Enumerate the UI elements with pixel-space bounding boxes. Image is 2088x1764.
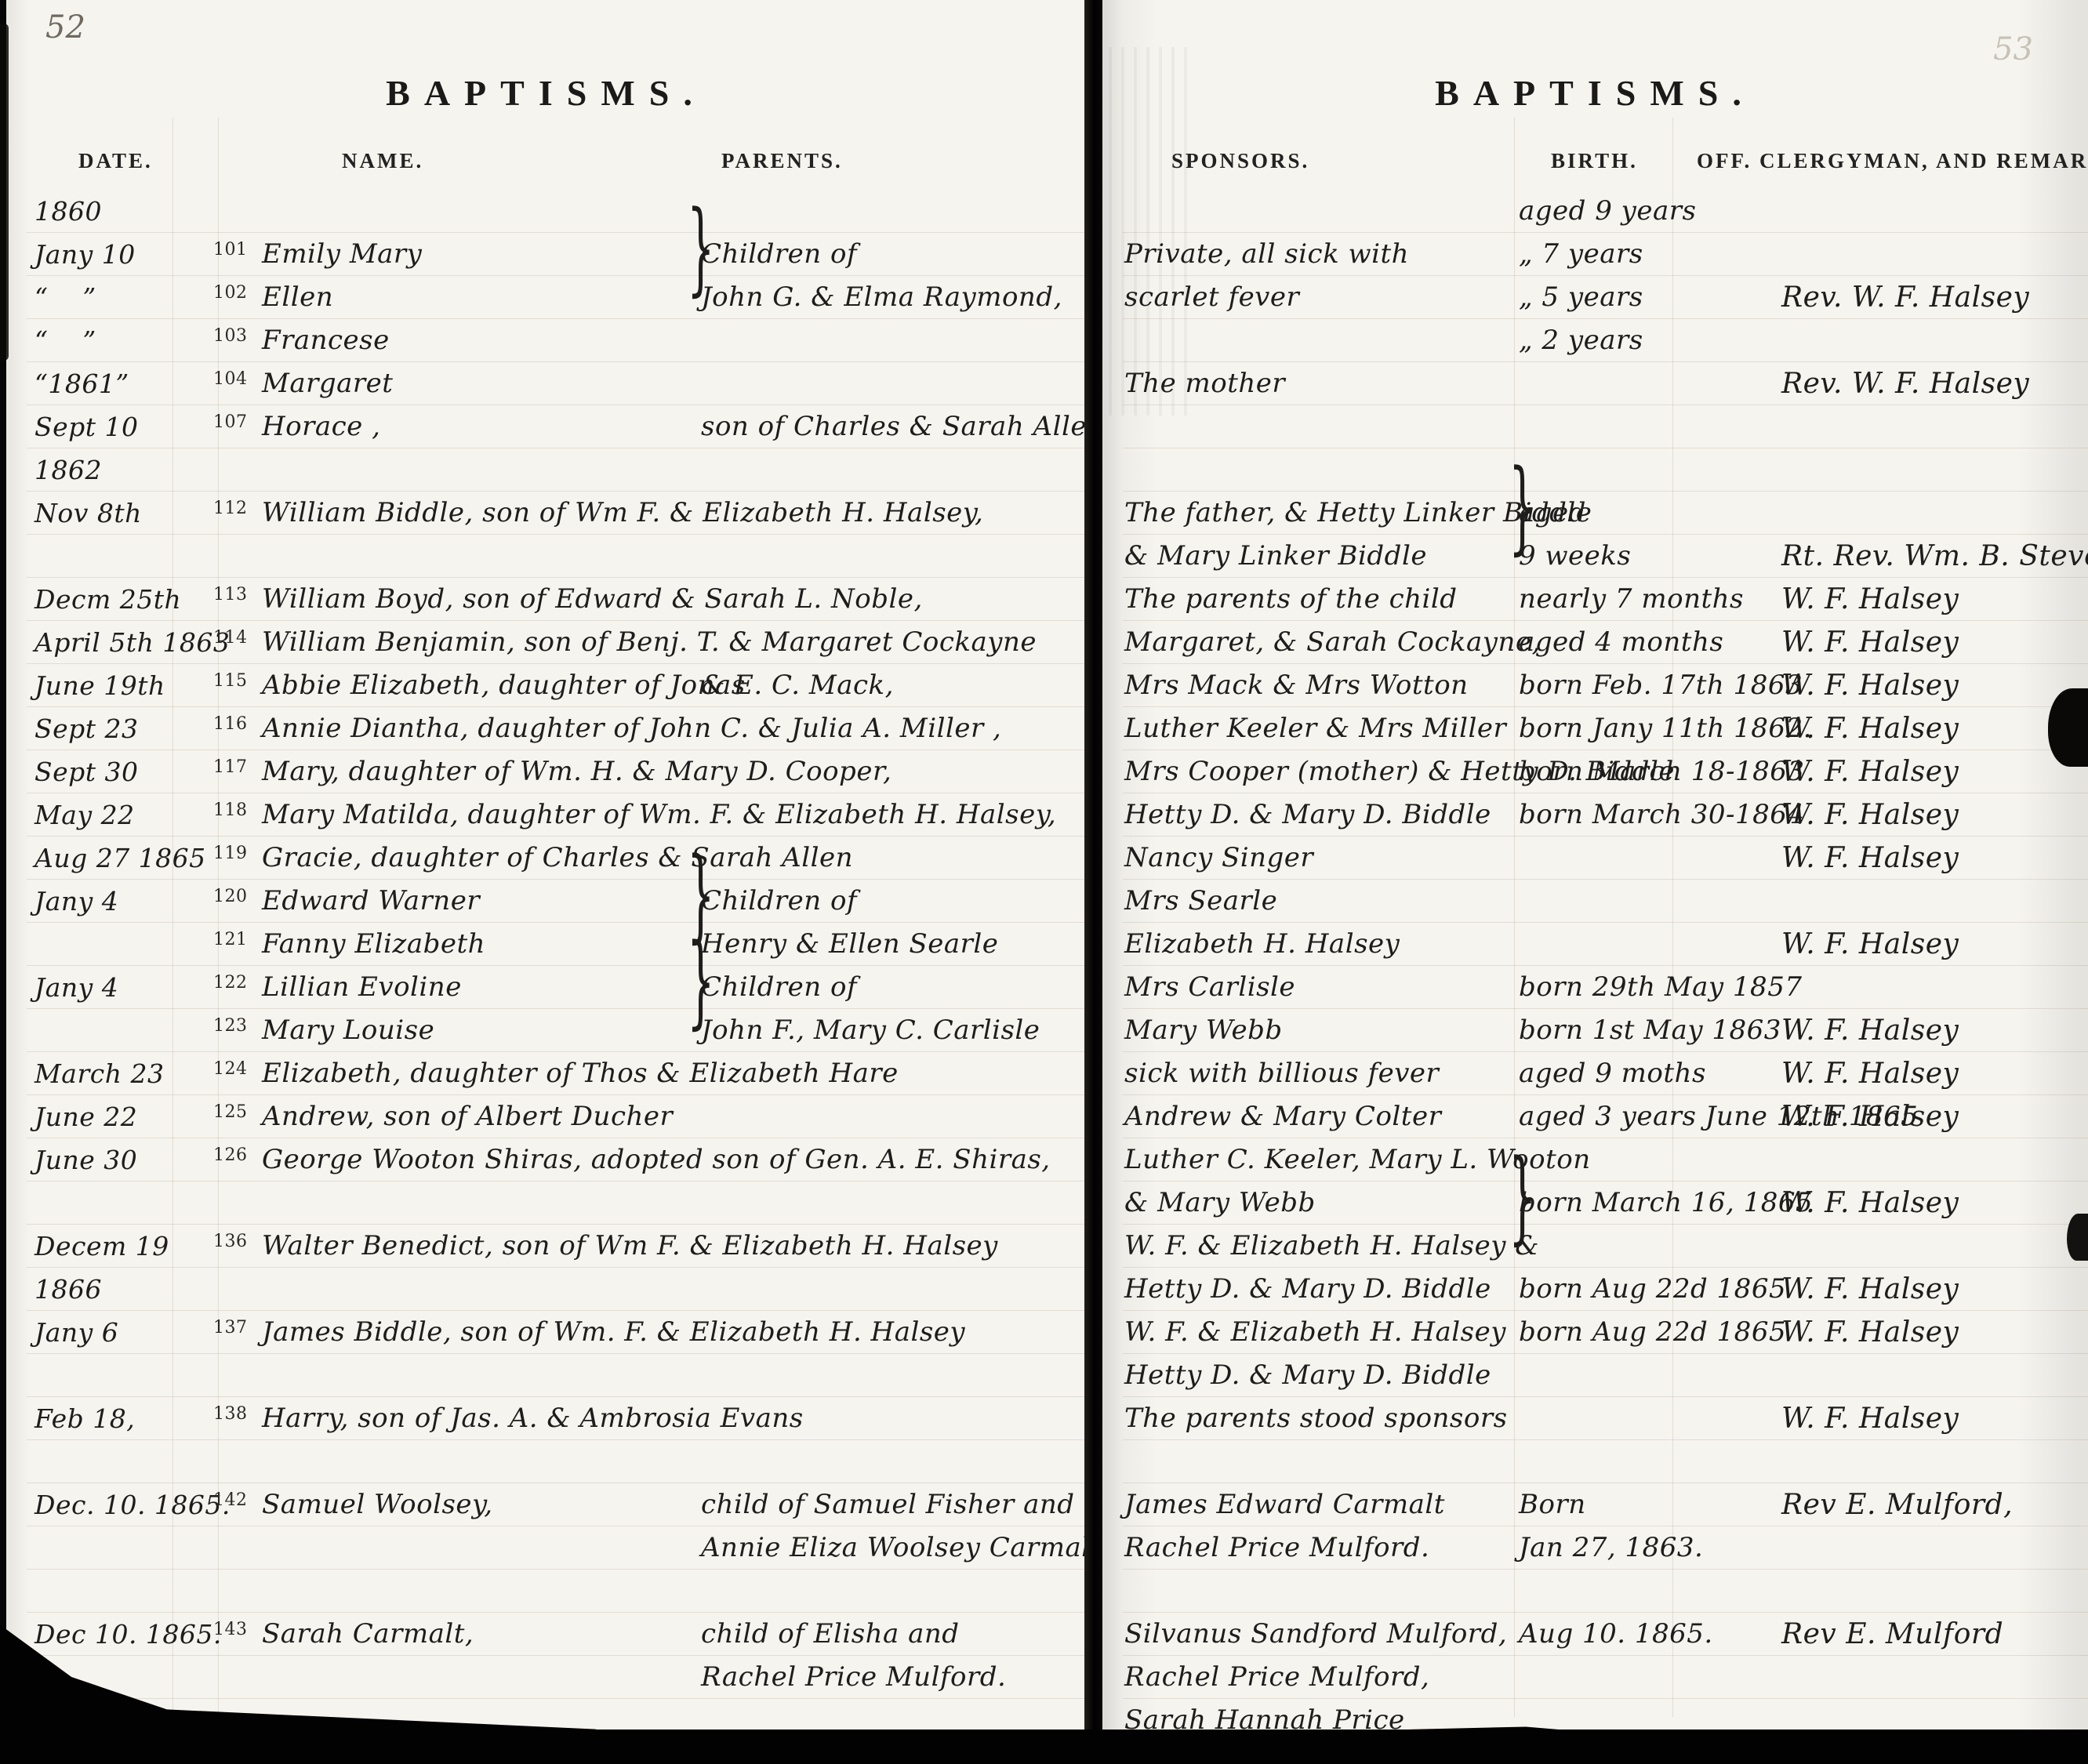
register-row: 1860 — [27, 190, 1086, 233]
date-cell: Aug 27 1865 — [27, 837, 213, 880]
entry-number: 123 — [213, 1009, 262, 1052]
register-row: Rachel Price Mulford. — [27, 1656, 1086, 1699]
birth-cell: born Aug 22d 1865 — [1519, 1311, 1781, 1354]
clergyman-cell: W. F. Halsey — [1781, 923, 2088, 966]
entry-number — [213, 535, 262, 578]
register-row: „ 2 years — [1123, 319, 2088, 362]
entry-number: 119 — [213, 837, 262, 880]
clergyman-cell: W. F. Halsey — [1781, 793, 2088, 837]
name-cell: Gracie, daughter of Charles & Sarah Alle… — [262, 837, 701, 880]
parents-cell — [701, 1138, 1086, 1181]
birth-cell — [1519, 1354, 1781, 1397]
sponsors-cell: Elizabeth H. Halsey — [1123, 923, 1519, 966]
parents-cell — [701, 837, 1086, 880]
entry-number: 104 — [213, 362, 262, 405]
entry-number: 116 — [213, 707, 262, 750]
date-cell: June 30 — [27, 1138, 213, 1181]
birth-cell: Jan 27, 1863. — [1519, 1526, 1781, 1570]
birth-cell: aged 9 years — [1519, 190, 1781, 233]
sponsors-cell: Luther Keeler & Mrs Miller — [1123, 707, 1519, 750]
register-row: Luther Keeler & Mrs Millerborn Jany 11th… — [1123, 707, 2088, 750]
register-row: Sept 10107Horace ,son of Charles & Sarah… — [27, 405, 1086, 448]
register-row: Hetty D. & Mary D. Biddleborn Aug 22d 18… — [1123, 1268, 2088, 1311]
birth-cell: born March 30-1864 — [1519, 793, 1781, 837]
register-row: The motherRev. W. F. Halsey — [1123, 362, 2088, 405]
register-row: The parents stood sponsorsW. F. Halsey — [1123, 1397, 2088, 1440]
name-cell: Mary Matilda, daughter of Wm. F. & Eliza… — [262, 793, 701, 837]
parents-cell — [701, 1225, 1086, 1268]
birth-cell: born Jany 11th 1862. — [1519, 707, 1781, 750]
parents-cell — [701, 319, 1086, 362]
left-page-title: BAPTISMS. — [6, 72, 1086, 114]
date-cell: Sept 30 — [27, 750, 213, 793]
date-cell: March 23 — [27, 1052, 213, 1095]
name-cell: Edward Warner — [262, 880, 701, 923]
date-cell: 1866 — [27, 1268, 213, 1311]
register-row: sick with billious feveraged 9 mothsW. F… — [1123, 1052, 2088, 1095]
date-cell: Jany 4 — [27, 966, 213, 1009]
name-cell — [262, 1268, 701, 1311]
birth-cell: „ 7 years — [1519, 233, 1781, 276]
entry-number: 137 — [213, 1311, 262, 1354]
name-cell — [262, 1570, 701, 1613]
name-cell: Fanny Elizabeth — [262, 923, 701, 966]
register-row: Mrs Mack & Mrs Wottonborn Feb. 17th 1863… — [1123, 664, 2088, 707]
column-header-birth: BIRTH. — [1551, 149, 1638, 173]
name-cell: Francese — [262, 319, 701, 362]
register-row: Rachel Price Mulford.Jan 27, 1863. — [1123, 1526, 2088, 1570]
register-row: Sept 30117Mary, daughter of Wm. H. & Mar… — [27, 750, 1086, 793]
parents-cell — [701, 1440, 1086, 1483]
clergyman-cell: W. F. Halsey — [1781, 621, 2088, 664]
parents-cell — [701, 793, 1086, 837]
name-cell — [262, 448, 701, 492]
entry-number — [213, 1181, 262, 1225]
name-cell: Lillian Evoline — [262, 966, 701, 1009]
parents-cell — [701, 1181, 1086, 1225]
clergyman-cell — [1781, 319, 2088, 362]
birth-cell — [1519, 1225, 1781, 1268]
scan-edge-strip — [0, 24, 9, 361]
column-header-sponsors: SPONSORS. — [1171, 149, 1309, 173]
sponsors-cell: Mrs Mack & Mrs Wotton — [1123, 664, 1519, 707]
clergyman-cell: W. F. Halsey — [1781, 707, 2088, 750]
sponsors-cell: Rachel Price Mulford, — [1123, 1656, 1519, 1699]
register-row — [27, 1181, 1086, 1225]
sponsors-cell: Hetty D. & Mary D. Biddle — [1123, 793, 1519, 837]
entry-number: 107 — [213, 405, 262, 448]
register-row: March 23124Elizabeth, daughter of Thos &… — [27, 1052, 1086, 1095]
parents-cell: Children of — [701, 966, 1086, 1009]
sponsors-cell — [1123, 190, 1519, 233]
right-page-title: BAPTISMS. — [1102, 72, 2088, 114]
parents-cell — [701, 535, 1086, 578]
register-row: Mrs Carlisleborn 29th May 1857 — [1123, 966, 2088, 1009]
register-row — [27, 535, 1086, 578]
clergyman-cell — [1781, 1225, 2088, 1268]
register-row: scarlet fever„ 5 yearsRev. W. F. Halsey — [1123, 276, 2088, 319]
column-header-date: DATE. — [78, 149, 153, 173]
name-cell — [262, 1181, 701, 1225]
register-row: Mary Webbborn 1st May 1863W. F. Halsey — [1123, 1009, 2088, 1052]
date-cell — [27, 1181, 213, 1225]
clergyman-cell: W. F. Halsey — [1781, 837, 2088, 880]
birth-cell — [1519, 1397, 1781, 1440]
date-cell: Dec 10. 1865. — [27, 1613, 213, 1656]
clergyman-cell: W. F. Halsey — [1781, 1268, 2088, 1311]
register-row: 121Fanny ElizabethHenry & Ellen Searle — [27, 923, 1086, 966]
name-cell: James Biddle, son of Wm. F. & Elizabeth … — [262, 1311, 701, 1354]
register-row: Dec. 10. 1865.142Samuel Woolsey,child of… — [27, 1483, 1086, 1526]
register-row: June 22125Andrew, son of Albert Ducher — [27, 1095, 1086, 1138]
register-row — [27, 1354, 1086, 1397]
parents-cell — [701, 750, 1086, 793]
parents-cell — [701, 1570, 1086, 1613]
birth-cell — [1519, 1138, 1781, 1181]
parents-cell: John G. & Elma Raymond, — [701, 276, 1086, 319]
register-row: May 22118Mary Matilda, daughter of Wm. F… — [27, 793, 1086, 837]
register-row: & Mary Webbborn March 16, 1865W. F. Hals… — [1123, 1181, 2088, 1225]
birth-cell: „ 5 years — [1519, 276, 1781, 319]
clergyman-cell — [1781, 448, 2088, 492]
name-cell: Margaret — [262, 362, 701, 405]
right-page: 53 BAPTISMS. SPONSORS. BIRTH. OFF. CLERG… — [1102, 0, 2088, 1764]
register-row: Rachel Price Mulford, — [1123, 1656, 2088, 1699]
sponsors-cell: scarlet fever — [1123, 276, 1519, 319]
entry-number: 120 — [213, 880, 262, 923]
name-cell: Andrew, son of Albert Ducher — [262, 1095, 701, 1138]
clergyman-cell: Rev. W. F. Halsey — [1781, 362, 2088, 405]
name-cell: Samuel Woolsey, — [262, 1483, 701, 1526]
birth-cell — [1519, 448, 1781, 492]
register-row: Feb 18,138Harry, son of Jas. A. & Ambros… — [27, 1397, 1086, 1440]
baptism-register-spread: 52 BAPTISMS. DATE. NAME. PARENTS. 1860Ja… — [0, 0, 2088, 1764]
clergyman-cell: Rev E. Mulford, — [1781, 1483, 2088, 1526]
date-cell: “ ” — [27, 276, 213, 319]
entry-number: 101 — [213, 233, 262, 276]
name-cell: Mary, daughter of Wm. H. & Mary D. Coope… — [262, 750, 701, 793]
register-row: James Edward CarmaltBornRev E. Mulford, — [1123, 1483, 2088, 1526]
register-row: Mrs Searle — [1123, 880, 2088, 923]
birth-cell: aged 4 months — [1519, 621, 1781, 664]
birth-cell: aged 9 moths — [1519, 1052, 1781, 1095]
sponsors-cell: Mary Webb — [1123, 1009, 1519, 1052]
sponsors-cell: The mother — [1123, 362, 1519, 405]
register-row: Jany 10101Emily MaryChildren of} — [27, 233, 1086, 276]
sponsors-cell — [1123, 405, 1519, 448]
name-cell: William Benjamin, son of Benj. T. & Marg… — [262, 621, 701, 664]
register-row — [27, 1570, 1086, 1613]
clergyman-cell: Rev. W. F. Halsey — [1781, 276, 2088, 319]
clergyman-cell — [1781, 1354, 2088, 1397]
sponsors-cell: Silvanus Sandford Mulford, — [1123, 1613, 1519, 1656]
sponsors-cell: W. F. & Elizabeth H. Halsey & — [1123, 1225, 1519, 1268]
right-page-entries: aged 9 yearsPrivate, all sick with„ 7 ye… — [1123, 190, 2088, 1742]
ink-blot — [2067, 1214, 2088, 1261]
name-cell: Walter Benedict, son of Wm F. & Elizabet… — [262, 1225, 701, 1268]
sponsors-cell: Andrew & Mary Colter — [1123, 1095, 1519, 1138]
name-cell: William Boyd, son of Edward & Sarah L. N… — [262, 578, 701, 621]
clergyman-cell: W. F. Halsey — [1781, 1052, 2088, 1095]
register-row: “ ”103Francese — [27, 319, 1086, 362]
entry-number: 142 — [213, 1483, 262, 1526]
name-cell: George Wooton Shiras, adopted son of Gen… — [262, 1138, 701, 1181]
entry-number — [213, 190, 262, 233]
entry-number: 125 — [213, 1095, 262, 1138]
sponsors-cell: Mrs Cooper (mother) & Hetty D. Biddle — [1123, 750, 1519, 793]
clergyman-cell — [1781, 1526, 2088, 1570]
sponsors-cell: James Edward Carmalt — [1123, 1483, 1519, 1526]
register-row: Hetty D. & Mary D. Biddle — [1123, 1354, 2088, 1397]
entry-number: 143 — [213, 1613, 262, 1656]
clergyman-cell — [1781, 492, 2088, 535]
entry-number: 102 — [213, 276, 262, 319]
parents-cell — [701, 1354, 1086, 1397]
sponsors-cell — [1123, 1570, 1519, 1613]
register-row: Sept 23116Annie Diantha, daughter of Joh… — [27, 707, 1086, 750]
parents-cell: Annie Eliza Woolsey Carmalt. — [701, 1526, 1110, 1570]
sponsors-cell: The parents stood sponsors — [1123, 1397, 1519, 1440]
entry-number — [213, 1656, 262, 1699]
register-row: June 19th115Abbie Elizabeth, daughter of… — [27, 664, 1086, 707]
register-row: 123Mary LouiseJohn F., Mary C. Carlisle — [27, 1009, 1086, 1052]
entry-number: 117 — [213, 750, 262, 793]
register-row: Decem 19136Walter Benedict, son of Wm F.… — [27, 1225, 1086, 1268]
clergyman-cell — [1781, 1440, 2088, 1483]
parents-cell — [701, 1095, 1086, 1138]
parents-cell: Children of — [701, 880, 1086, 923]
entry-number: 115 — [213, 664, 262, 707]
date-cell: April 5th 1863 — [27, 621, 213, 664]
clergyman-cell — [1781, 880, 2088, 923]
entry-number — [213, 448, 262, 492]
register-row: Jany 4120Edward WarnerChildren of} — [27, 880, 1086, 923]
register-row: 1866 — [27, 1268, 1086, 1311]
name-cell: Ellen — [262, 276, 701, 319]
sponsors-cell: Rachel Price Mulford. — [1123, 1526, 1519, 1570]
clergyman-cell — [1781, 1570, 2088, 1613]
sponsors-cell: Mrs Carlisle — [1123, 966, 1519, 1009]
date-cell — [27, 1570, 213, 1613]
entry-number — [213, 1526, 262, 1570]
clergyman-cell: W. F. Halsey — [1781, 578, 2088, 621]
page-number-left: 52 — [45, 9, 85, 45]
parents-cell: child of Samuel Fisher and — [701, 1483, 1086, 1526]
parents-cell — [701, 492, 1086, 535]
clergyman-cell: W. F. Halsey — [1781, 1397, 2088, 1440]
name-cell — [262, 1526, 701, 1570]
sponsors-cell: sick with billious fever — [1123, 1052, 1519, 1095]
birth-cell: Aug 10. 1865. — [1519, 1613, 1781, 1656]
parents-cell — [701, 448, 1086, 492]
name-cell — [262, 1656, 701, 1699]
scan-bottom-band — [0, 1730, 2088, 1764]
register-row: Jany 4122Lillian EvolineChildren of} — [27, 966, 1086, 1009]
date-cell: Dec. 10. 1865. — [27, 1483, 213, 1526]
name-cell: Mary Louise — [262, 1009, 701, 1052]
sponsors-cell — [1123, 1440, 1519, 1483]
name-cell: Abbie Elizabeth, daughter of Jonas — [262, 664, 701, 707]
sponsors-cell: Nancy Singer — [1123, 837, 1519, 880]
entry-number: 103 — [213, 319, 262, 362]
parents-cell — [701, 362, 1086, 405]
name-cell: Elizabeth, daughter of Thos & Elizabeth … — [262, 1052, 701, 1095]
date-cell: Sept 10 — [27, 405, 213, 448]
parents-cell — [701, 190, 1086, 233]
parents-cell: child of Elisha and — [701, 1613, 1086, 1656]
name-cell: William Biddle, son of Wm F. & Elizabeth… — [262, 492, 701, 535]
name-cell — [262, 190, 701, 233]
register-row: Mrs Cooper (mother) & Hetty D. Biddlebor… — [1123, 750, 2088, 793]
date-cell: Jany 10 — [27, 233, 213, 276]
register-row: June 30126George Wooton Shiras, adopted … — [27, 1138, 1086, 1181]
register-row: Silvanus Sandford Mulford,Aug 10. 1865.R… — [1123, 1613, 2088, 1656]
sponsors-cell: Hetty D. & Mary D. Biddle — [1123, 1354, 1519, 1397]
entry-number: 138 — [213, 1397, 262, 1440]
date-cell: May 22 — [27, 793, 213, 837]
sponsors-cell: & Mary Webb — [1123, 1181, 1519, 1225]
parents-cell — [701, 1397, 1086, 1440]
parents-cell — [701, 707, 1086, 750]
sponsors-cell: Mrs Searle — [1123, 880, 1519, 923]
date-cell: Nov 8th — [27, 492, 213, 535]
date-cell: Jany 6 — [27, 1311, 213, 1354]
left-page: 52 BAPTISMS. DATE. NAME. PARENTS. 1860Ja… — [6, 0, 1086, 1764]
date-cell: “ ” — [27, 319, 213, 362]
clergyman-cell: Rev E. Mulford — [1781, 1613, 2088, 1656]
date-cell: June 22 — [27, 1095, 213, 1138]
parents-cell: & E. C. Mack, — [701, 664, 1086, 707]
clergyman-cell — [1781, 233, 2088, 276]
register-row: Nov 8th112William Biddle, son of Wm F. &… — [27, 492, 1086, 535]
register-row — [1123, 405, 2088, 448]
clergyman-cell — [1781, 1138, 2088, 1181]
entry-number: 126 — [213, 1138, 262, 1181]
birth-cell: aged — [1519, 492, 1781, 535]
page-number-right: 53 — [1993, 31, 2033, 67]
clergyman-cell — [1781, 405, 2088, 448]
birth-cell: Born — [1519, 1483, 1781, 1526]
register-row — [1123, 1570, 2088, 1613]
clergyman-cell: Rt. Rev. Wm. B. Stevens D.D. — [1781, 535, 2088, 578]
register-row: Margaret, & Sarah Cockayne,aged 4 months… — [1123, 621, 2088, 664]
book-gutter — [1084, 0, 1104, 1764]
parents-cell: son of Charles & Sarah Allen, — [701, 405, 1113, 448]
register-row: W. F. & Elizabeth H. Halsey & — [1123, 1225, 2088, 1268]
birth-cell: aged 3 years June 12th 1865 — [1519, 1095, 1781, 1138]
sponsors-cell: & Mary Linker Biddle — [1123, 535, 1519, 578]
register-row — [1123, 448, 2088, 492]
sponsors-cell — [1123, 448, 1519, 492]
sponsors-cell: Margaret, & Sarah Cockayne, — [1123, 621, 1519, 664]
register-row: The father, & Hetty Linker Biddleaged} — [1123, 492, 2088, 535]
entry-number: 136 — [213, 1225, 262, 1268]
entry-number: 114 — [213, 621, 262, 664]
register-row: 1862 — [27, 448, 1086, 492]
date-cell: Decm 25th — [27, 578, 213, 621]
birth-cell: nearly 7 months — [1519, 578, 1781, 621]
sponsors-cell: Private, all sick with — [1123, 233, 1519, 276]
register-row — [1123, 1440, 2088, 1483]
name-cell: Harry, son of Jas. A. & Ambrosia Evans — [262, 1397, 701, 1440]
name-cell — [262, 1354, 701, 1397]
entry-number: 112 — [213, 492, 262, 535]
sponsors-cell: Hetty D. & Mary D. Biddle — [1123, 1268, 1519, 1311]
clergyman-cell: W. F. Halsey — [1781, 750, 2088, 793]
sponsors-cell: Luther C. Keeler, Mary L. Wooton — [1123, 1138, 1519, 1181]
birth-cell: born March 18-1863 — [1519, 750, 1781, 793]
entry-number — [213, 1570, 262, 1613]
entry-number — [213, 1354, 262, 1397]
register-row: Luther C. Keeler, Mary L. Wooton — [1123, 1138, 2088, 1181]
register-row: Annie Eliza Woolsey Carmalt. — [27, 1526, 1086, 1570]
birth-cell — [1519, 880, 1781, 923]
register-row — [27, 1440, 1086, 1483]
register-row: Andrew & Mary Colteraged 3 years June 12… — [1123, 1095, 2088, 1138]
register-row: “1861”104Margaret — [27, 362, 1086, 405]
name-cell: Sarah Carmalt, — [262, 1613, 701, 1656]
register-row: The parents of the childnearly 7 monthsW… — [1123, 578, 2088, 621]
parents-cell — [701, 1052, 1086, 1095]
register-row: Jany 6137James Biddle, son of Wm. F. & E… — [27, 1311, 1086, 1354]
date-cell: “1861” — [27, 362, 213, 405]
register-row: & Mary Linker Biddle9 weeksRt. Rev. Wm. … — [1123, 535, 2088, 578]
register-row: Private, all sick with„ 7 years — [1123, 233, 2088, 276]
name-cell — [262, 535, 701, 578]
birth-cell — [1519, 837, 1781, 880]
parents-cell — [701, 578, 1086, 621]
entry-number: 121 — [213, 923, 262, 966]
name-cell: Emily Mary — [262, 233, 701, 276]
parents-cell: Rachel Price Mulford. — [701, 1656, 1086, 1699]
parents-cell — [701, 621, 1086, 664]
birth-cell — [1519, 923, 1781, 966]
clergyman-cell — [1781, 966, 2088, 1009]
register-row: aged 9 years — [1123, 190, 2088, 233]
sponsors-cell: W. F. & Elizabeth H. Halsey — [1123, 1311, 1519, 1354]
date-cell: June 19th — [27, 664, 213, 707]
date-cell — [27, 923, 213, 966]
register-row: Aug 27 1865119Gracie, daughter of Charle… — [27, 837, 1086, 880]
date-cell — [27, 1526, 213, 1570]
entry-number — [213, 1268, 262, 1311]
clergyman-cell: W. F. Halsey — [1781, 1181, 2088, 1225]
entry-number: 118 — [213, 793, 262, 837]
parents-cell: Children of — [701, 233, 1086, 276]
entry-number — [213, 1440, 262, 1483]
birth-cell: born Feb. 17th 1863 — [1519, 664, 1781, 707]
date-cell: 1860 — [27, 190, 213, 233]
register-row: Elizabeth H. HalseyW. F. Halsey — [1123, 923, 2088, 966]
parents-cell: Henry & Ellen Searle — [701, 923, 1086, 966]
birth-cell — [1519, 1656, 1781, 1699]
date-cell — [27, 1354, 213, 1397]
register-row: Decm 25th113William Boyd, son of Edward … — [27, 578, 1086, 621]
date-cell — [27, 1440, 213, 1483]
birth-cell: born March 16, 1865 — [1519, 1181, 1781, 1225]
register-row: “ ”102EllenJohn G. & Elma Raymond, — [27, 276, 1086, 319]
ink-blot — [2048, 688, 2088, 767]
register-row: Nancy SingerW. F. Halsey — [1123, 837, 2088, 880]
date-cell: Feb 18, — [27, 1397, 213, 1440]
entry-number: 113 — [213, 578, 262, 621]
clergyman-cell: W. F. Halsey — [1781, 664, 2088, 707]
entry-number: 124 — [213, 1052, 262, 1095]
clergyman-cell — [1781, 1656, 2088, 1699]
name-cell — [262, 1440, 701, 1483]
sponsors-cell: The parents of the child — [1123, 578, 1519, 621]
left-page-entries: 1860Jany 10101Emily MaryChildren of}“ ”1… — [27, 190, 1086, 1699]
